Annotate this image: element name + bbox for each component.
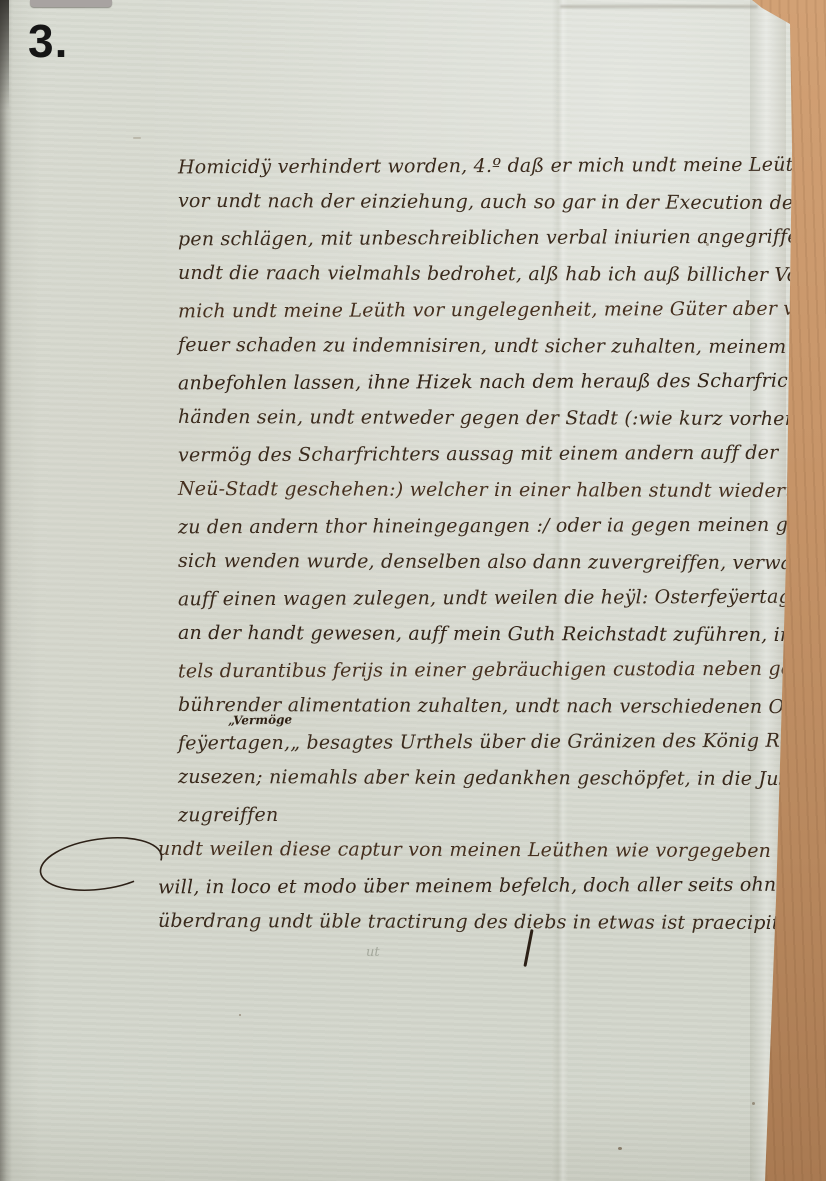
top-fold-shadow	[560, 5, 758, 8]
photo-scene: 3. Homicidÿ verhindert worden, 4.º daß e…	[0, 0, 826, 1181]
paper-speck	[752, 1102, 755, 1105]
binding-gutter-shadow-dark	[0, 0, 9, 110]
manuscript-line: händen sein, undt entweder gegen der Sta…	[178, 399, 800, 437]
manuscript-line: undt weilen diese captur von meinen Leüt…	[158, 831, 800, 869]
paper-speck	[706, 243, 709, 246]
manuscript-line: will, in loco et modo über meinem befelc…	[158, 867, 800, 906]
manuscript-line: an der handt gewesen, auff mein Guth Rei…	[178, 615, 800, 653]
faint-pencil-note: ut	[366, 945, 380, 960]
manuscript-line: tels durantibus ferijs in einer gebräuch…	[178, 651, 800, 690]
paper-speck	[618, 1147, 622, 1150]
manuscript-line: sich wenden wurde, denselben also dann z…	[178, 543, 800, 581]
manuscript-line: mich undt meine Leüth vor ungelegenheit,…	[178, 291, 800, 330]
adjacent-page-edge	[30, 0, 112, 7]
paper-speck	[133, 137, 141, 139]
binding-gutter-shadow	[0, 0, 12, 1181]
manuscript-line: überdrang undt üble tractirung des diebs…	[158, 903, 800, 941]
manuscript-line: Homicidÿ verhindert worden, 4.º daß er m…	[178, 147, 800, 186]
manuscript-line: feuer schaden zu indemnisiren, undt sich…	[178, 327, 800, 365]
manuscript-line: vermög des Scharfrichters aussag mit ein…	[178, 435, 800, 474]
page-number-label: 3.	[28, 14, 68, 68]
manuscript-page: 3. Homicidÿ verhindert worden, 4.º daß e…	[0, 0, 826, 1181]
manuscript-line: zusezen; niemahls aber kein gedankhen ge…	[178, 759, 800, 797]
manuscript-line: Neü-Stadt geschehen:) welcher in einer h…	[178, 471, 800, 509]
manuscript-line: pen schlägen, mit unbeschreiblichen verb…	[178, 219, 800, 258]
manuscript-line: feÿertagen,„ besagtes Urthels über die G…	[178, 723, 800, 762]
manuscript-line: auff einen wagen zulegen, undt weilen di…	[178, 579, 800, 618]
paper-speck	[239, 1014, 241, 1016]
manuscript-line: undt die raach vielmahls bedrohet, alß h…	[178, 255, 800, 293]
manuscript-line: vor undt nach der einziehung, auch so ga…	[178, 183, 800, 221]
margin-oval-mark	[34, 830, 168, 898]
manuscript-text: Homicidÿ verhindert worden, 4.º daß er m…	[178, 148, 800, 940]
manuscript-line: zu den andern thor hineingegangen :/ ode…	[178, 507, 800, 546]
manuscript-line: zugreiffen	[178, 795, 800, 834]
interlinear-insertion-note: „Vermöge	[228, 712, 292, 727]
manuscript-line: anbefohlen lassen, ihne Hizek nach dem h…	[178, 363, 800, 402]
